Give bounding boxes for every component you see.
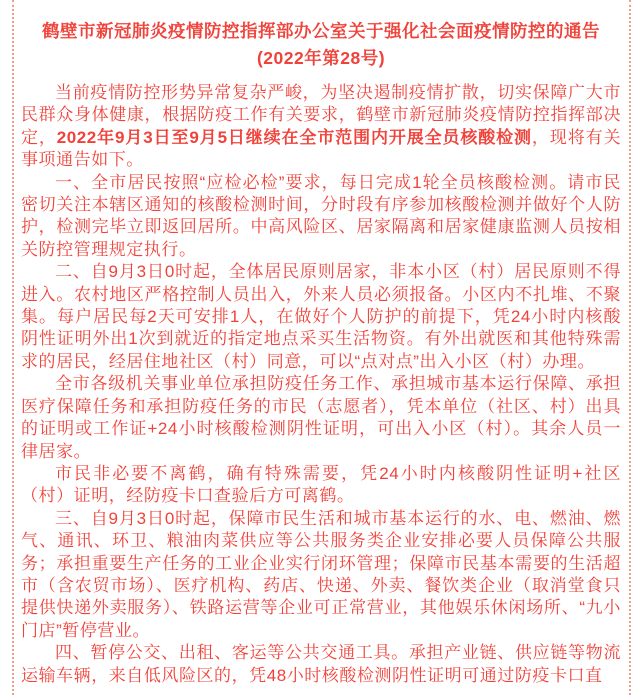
paragraph-item3: 三、自9月3日0时起，保障市民生活和城市基本运行的水、电、燃油、燃气、通讯、环卫…	[21, 508, 621, 642]
paragraph-item4: 四、暂停公交、出租、客运等公共交通工具。承担产业链、供应链等物流运输车辆，来自低…	[21, 642, 621, 687]
paragraph-item2: 二、自9月3日0时起，全体居民原则居家，非本小区（村）居民原则不得进入。农村地区…	[21, 261, 621, 373]
paragraph-intro: 当前疫情防控形势异常复杂严峻，为坚决遏制疫情扩散，切实保障广大市民群众身体健康，…	[21, 82, 621, 172]
notice-title: 鹤壁市新冠肺炎疫情防控指挥部办公室关于强化社会面疫情防控的通告	[21, 18, 621, 45]
intro-text-bold-dates: 2022年9月3日至9月5日继续在全市范围内开展全员核酸检测	[57, 128, 532, 147]
paragraph-item1: 一、全市居民按照“应检必检”要求，每日完成1轮全员核酸检测。请市民密切关注本辖区…	[21, 172, 621, 262]
notice-issue-number: (2022年第28号)	[21, 45, 621, 72]
notice-page: 鹤壁市新冠肺炎疫情防控指挥部办公室关于强化社会面疫情防控的通告 (2022年第2…	[0, 0, 640, 695]
right-dotted-border	[629, 0, 631, 695]
paragraph-item2-staff: 全市各级机关事业单位承担防疫任务工作、承担城市基本运行保障、承担医疗保障任务和承…	[21, 373, 621, 463]
notice-header: 鹤壁市新冠肺炎疫情防控指挥部办公室关于强化社会面疫情防控的通告 (2022年第2…	[21, 18, 621, 72]
left-dotted-border	[12, 0, 14, 695]
paragraph-item2-leave: 市民非必要不离鹤，确有特殊需要，凭24小时内核酸阴性证明+社区（村）证明，经防疫…	[21, 463, 621, 508]
notice-body: 当前疫情防控形势异常复杂严峻，为坚决遏制疫情扩散，切实保障广大市民群众身体健康，…	[21, 82, 621, 687]
notice-document: 鹤壁市新冠肺炎疫情防控指挥部办公室关于强化社会面疫情防控的通告 (2022年第2…	[21, 0, 621, 687]
